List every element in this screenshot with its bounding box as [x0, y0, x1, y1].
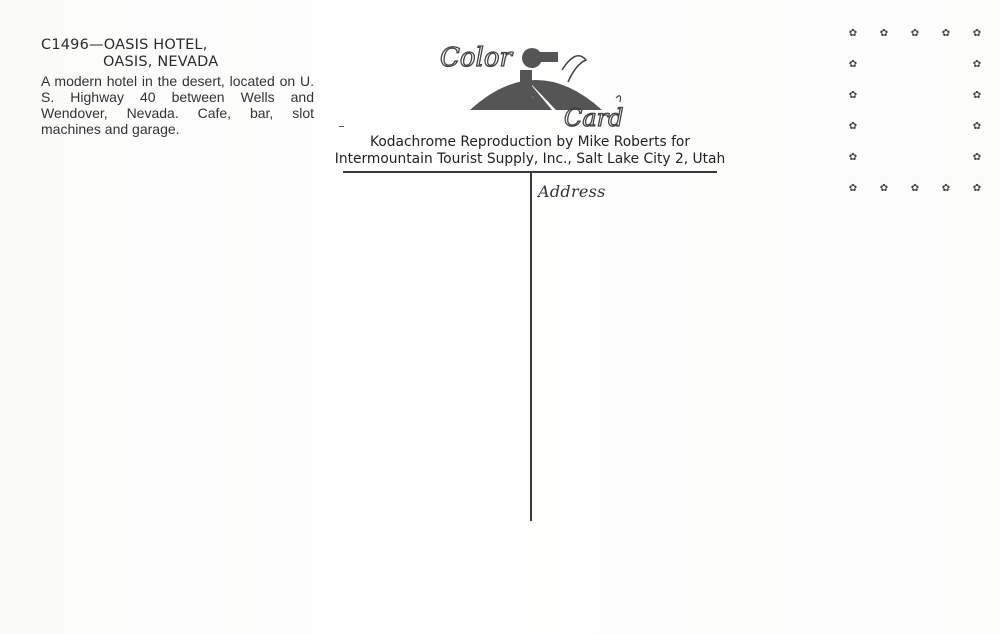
credit-line-1: Kodachrome Reproduction by Mike Roberts … — [300, 134, 760, 151]
colorkard-logo-icon: Color Card — [436, 30, 636, 130]
card-description: A modern hotel in the desert, located on… — [41, 73, 314, 137]
card-title: C1496—OASIS HOTEL, — [41, 37, 331, 54]
address-label: Address — [538, 182, 606, 201]
postcard-back: C1496—OASIS HOTEL, OASIS, NEVADA A moder… — [0, 0, 1000, 634]
star-dot-icon: ✿ — [972, 29, 982, 39]
dash-mark — [339, 126, 344, 127]
star-dot-icon: ✿ — [848, 184, 858, 194]
vertical-divider — [530, 173, 532, 521]
star-dot-icon: ✿ — [848, 60, 858, 70]
star-dot-icon: ✿ — [848, 29, 858, 39]
star-dot-icon: ✿ — [972, 60, 982, 70]
card-location: OASIS, NEVADA — [41, 54, 331, 71]
star-dot-icon: ✿ — [879, 184, 889, 194]
star-dot-icon: ✿ — [910, 184, 920, 194]
star-dot-icon: ✿ — [848, 122, 858, 132]
star-dot-icon: ✿ — [941, 184, 951, 194]
star-dot-icon: ✿ — [879, 29, 889, 39]
star-dot-icon: ✿ — [941, 29, 951, 39]
svg-text:Card: Card — [564, 104, 624, 130]
star-dot-icon: ✿ — [848, 153, 858, 163]
credit-line-2: Intermountain Tourist Supply, Inc., Salt… — [300, 151, 760, 168]
stamp-box: ✿✿✿✿✿✿✿✿✿✿✿✿✿✿✿✿✿✿ — [845, 30, 985, 200]
star-dot-icon: ✿ — [972, 184, 982, 194]
star-dot-icon: ✿ — [972, 122, 982, 132]
description-block: C1496—OASIS HOTEL, OASIS, NEVADA A moder… — [41, 37, 331, 137]
colorkard-logo: Color Card — [436, 30, 636, 130]
star-dot-icon: ✿ — [972, 91, 982, 101]
svg-text:Color: Color — [440, 43, 514, 73]
star-dot-icon: ✿ — [972, 153, 982, 163]
publisher-credit: Kodachrome Reproduction by Mike Roberts … — [300, 134, 760, 168]
star-dot-icon: ✿ — [910, 29, 920, 39]
star-dot-icon: ✿ — [848, 91, 858, 101]
